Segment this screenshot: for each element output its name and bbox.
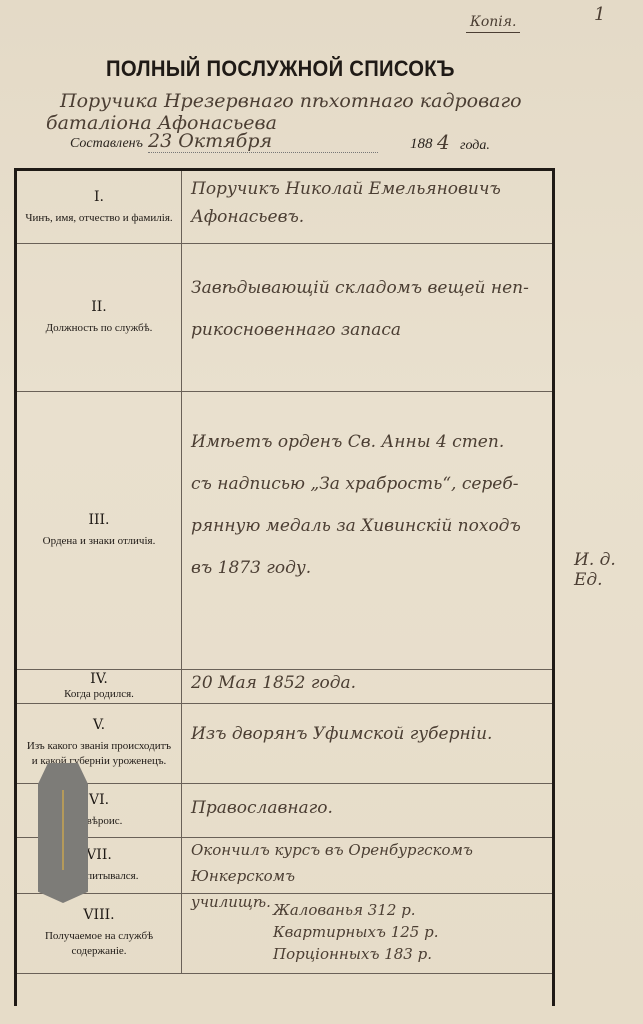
entry-line: въ 1873 году. xyxy=(191,547,544,589)
section-number: VI. xyxy=(89,792,109,808)
entry-line: Православнаго. xyxy=(191,787,544,829)
section-label: Ордена и знаки отличія. xyxy=(35,534,164,549)
section-number: III. xyxy=(88,512,109,528)
section-number: IV. xyxy=(90,671,108,687)
year-suffix: года. xyxy=(460,138,490,154)
entry-line: Завѣдывающій складомъ вещей неп- xyxy=(191,267,544,309)
entry-line: Изъ дворянъ Уфимской губерніи. xyxy=(191,713,544,755)
section-label: Получаемое на службѣ содержаніе. xyxy=(17,929,181,959)
section-row-3: III.Ордена и знаки отличія. Имѣетъ орден… xyxy=(17,391,552,670)
composed-label: Составленъ xyxy=(70,136,143,152)
entry-line: 20 Мая 1852 года. xyxy=(191,669,544,697)
section-row-5: V.Изъ какого званія происходитъ и какой … xyxy=(17,703,552,784)
entry-line: Жалованья 312 р. xyxy=(273,899,544,921)
composed-date: 23 Октября xyxy=(148,130,378,153)
entry-line: Квартирныхъ 125 р. xyxy=(273,921,544,943)
section-label: Чинъ, имя, отчество и фамилія. xyxy=(17,211,180,226)
entry-line: рикосновеннаго запаса xyxy=(191,309,544,351)
subtitle-line-1: Поручика Нрезервнаго пѣхотнаго кадроваго xyxy=(60,90,522,112)
section-label: Когда родился. xyxy=(56,687,142,702)
section-number: V. xyxy=(93,717,105,733)
section-number: II. xyxy=(91,299,107,315)
copy-mark: Копія. xyxy=(466,14,520,33)
entry-line: Афонасьевъ. xyxy=(191,203,544,231)
entry-line: рянную медаль за Хивинскій походъ xyxy=(191,505,544,547)
section-row-1: I.Чинъ, имя, отчество и фамилія. Поручик… xyxy=(17,171,552,244)
entry-line: Порціонныхъ 183 р. xyxy=(273,943,544,965)
year-digit: 4 xyxy=(437,130,450,154)
section-number: VIII. xyxy=(83,907,114,923)
section-row-7: VII.…воспитывался. Окончилъ курсъ въ Оре… xyxy=(17,837,552,894)
section-row-6: VI.…вѣроис. Православнаго. xyxy=(17,783,552,838)
section-label: Должность по службѣ. xyxy=(38,321,161,336)
entry-line: Поручикъ Николай Емельяновичъ xyxy=(191,175,544,203)
margin-note: И. д. Ед. xyxy=(574,550,643,590)
entry-line: Имѣетъ орденъ Св. Анны 4 степ. xyxy=(191,421,544,463)
year-prefix: 188 xyxy=(410,136,433,153)
page-number: 1 xyxy=(594,4,605,25)
document-title: ПОЛНЫЙ ПОСЛУЖНОЙ СПИСОКЪ xyxy=(106,56,455,82)
section-row-4: IV.Когда родился. 20 Мая 1852 года. xyxy=(17,669,552,704)
tag-thread xyxy=(62,790,64,870)
entry-line: Окончилъ курсъ въ Оренбургскомъ Юнкерско… xyxy=(191,837,544,889)
entry-line: съ надписью „За храбрость“, сереб- xyxy=(191,463,544,505)
section-label: Изъ какого званія происходитъ и какой гу… xyxy=(17,739,181,769)
record-table: I.Чинъ, имя, отчество и фамилія. Поручик… xyxy=(14,168,555,1006)
section-row-8: VIII.Получаемое на службѣ содержаніе. Жа… xyxy=(17,893,552,974)
section-number: I. xyxy=(94,189,104,205)
service-record-page: Копія. 1 ПОЛНЫЙ ПОСЛУЖНОЙ СПИСОКЪ Поручи… xyxy=(0,0,643,1024)
section-number: VII. xyxy=(86,847,112,863)
section-row-2: II.Должность по службѣ. Завѣдывающій скл… xyxy=(17,243,552,392)
